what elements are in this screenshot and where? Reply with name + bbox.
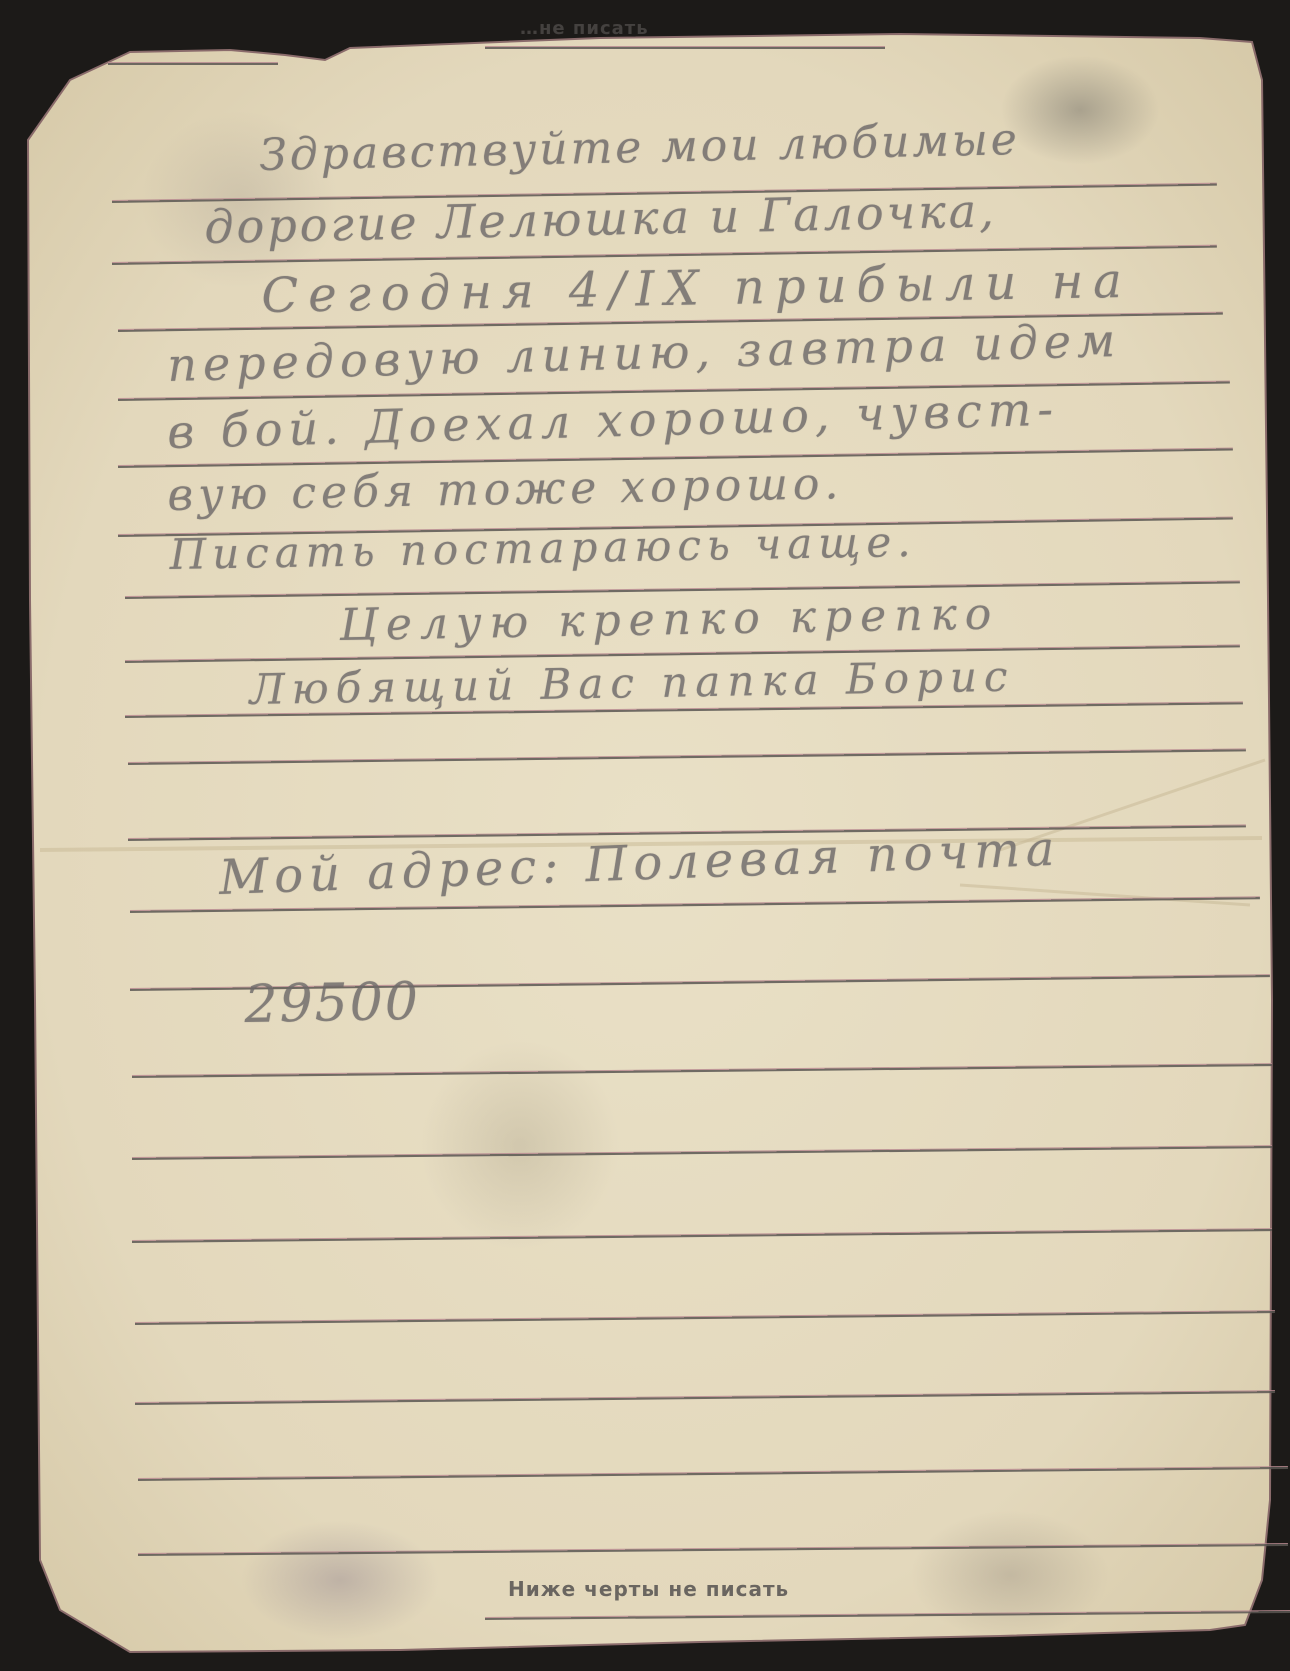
- field-post-number: 29500: [244, 972, 420, 1035]
- footer-printed-text: Ниже черты не писать: [508, 1577, 789, 1601]
- ruled-line: [108, 62, 278, 65]
- ruled-line: [485, 46, 885, 49]
- header-printed-text: …не писать: [520, 18, 649, 39]
